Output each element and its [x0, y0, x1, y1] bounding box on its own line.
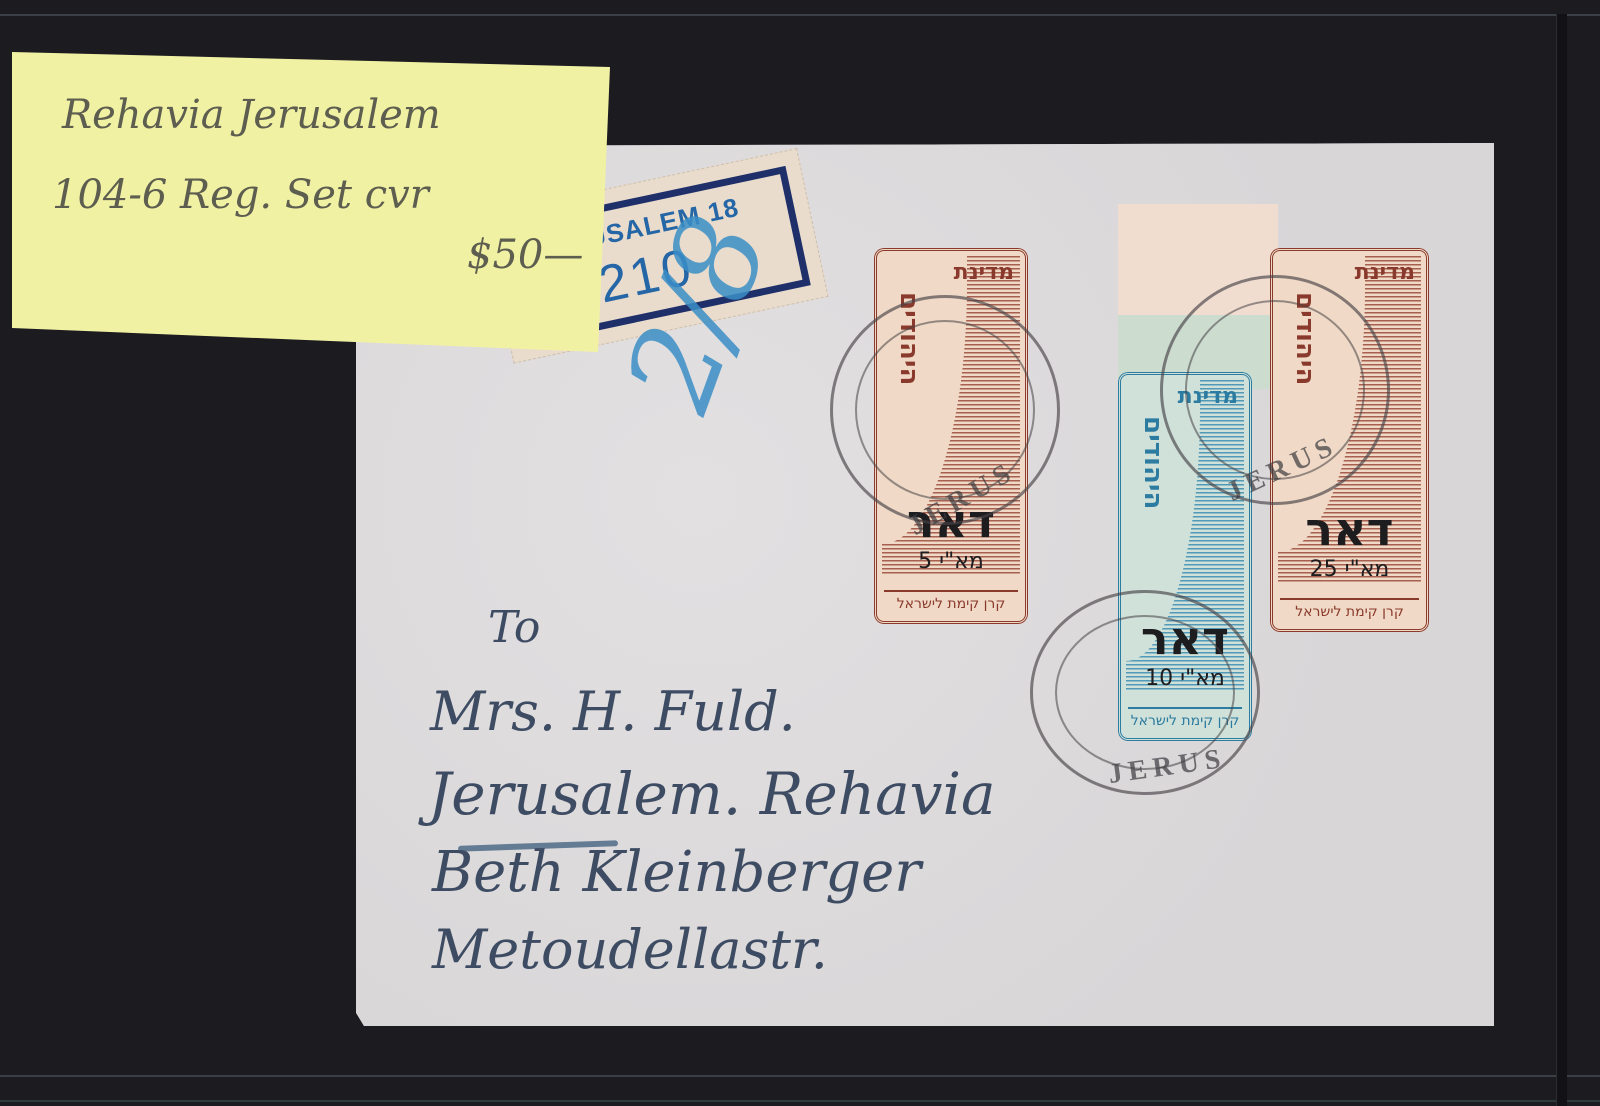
sleeve-top-line — [0, 14, 1600, 16]
postmark-2: JERUS — [1160, 275, 1390, 505]
address-name: Mrs. H. Fuld. — [430, 680, 796, 743]
postmark-1: JERUS — [830, 295, 1060, 525]
address-city: Jerusalem. Rehavia — [428, 760, 996, 828]
sleeve-bottom-line-2 — [0, 1100, 1600, 1102]
postmark-3: JERUS — [1030, 590, 1260, 795]
sleeve-bottom-line — [0, 1075, 1600, 1077]
stamp-title: מדינת — [1355, 260, 1415, 285]
stamp-footer: קרן קימת לישראל — [884, 590, 1018, 612]
stamp-value: 25 מא"י — [1270, 557, 1429, 582]
stamp-footer: קרן קימת לישראל — [1280, 598, 1419, 620]
stamp-vertical-text: היהודים — [1138, 416, 1168, 509]
address-to: To — [488, 602, 540, 653]
stamp-overprint: דאר — [1270, 502, 1429, 556]
stamp-title: מדינת — [954, 260, 1014, 285]
note-line-2: 104-6 Reg. Set cvr — [52, 172, 429, 218]
address-street: Metoudellastr. — [432, 918, 828, 981]
sticky-note: Rehavia Jerusalem 104-6 Reg. Set cvr $50… — [12, 52, 610, 352]
address-house: Beth Kleinberger — [432, 840, 921, 905]
sleeve-right-edge — [1556, 14, 1567, 1106]
stamp-value: 5 מא"י — [874, 549, 1028, 574]
note-price: $50— — [467, 232, 583, 278]
note-line-1: Rehavia Jerusalem — [62, 92, 441, 138]
